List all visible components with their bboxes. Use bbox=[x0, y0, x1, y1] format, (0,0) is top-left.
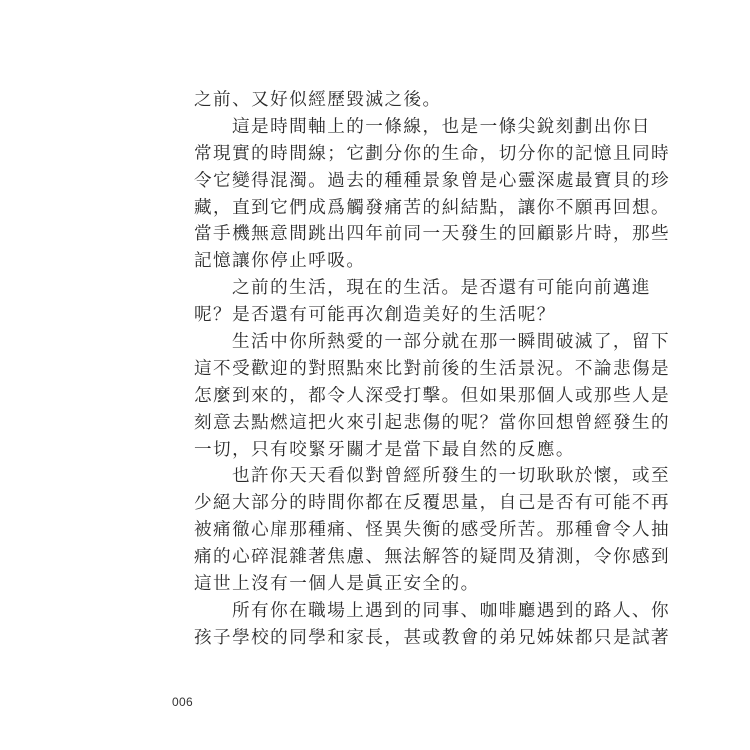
text-line: 生活中你所熱愛的一部分就在那一瞬間破滅了，留下 bbox=[194, 329, 558, 356]
text-line: 所有你在職場上遇到的同事、咖啡廳遇到的路人、你 bbox=[194, 598, 558, 625]
text-line: 怎麼到來的，都令人深受打擊。但如果那個人或那些人是 bbox=[194, 383, 558, 410]
text-line: 之前的生活，現在的生活。是否還有可能向前邁進 bbox=[194, 275, 558, 302]
text-line: 這世上沒有一個人是眞正安全的。 bbox=[194, 571, 558, 598]
text-line: 一切，只有咬緊牙關才是當下最自然的反應。 bbox=[194, 437, 558, 464]
text-line: 痛的心碎混雜著焦慮、無法解答的疑問及猜測，令你感到 bbox=[194, 544, 558, 571]
body-text: 之前、又好似經歷毀滅之後。 這是時間軸上的一條線，也是一條尖銳刻劃出你日 常現實… bbox=[194, 87, 558, 652]
text-line: 記憶讓你停止呼吸。 bbox=[194, 248, 558, 275]
text-line: 呢？是否還有可能再次創造美好的生活呢？ bbox=[194, 302, 558, 329]
text-line: 當手機無意間跳出四年前同一天發生的回顧影片時，那些 bbox=[194, 221, 558, 248]
text-line: 這不受歡迎的對照點來比對前後的生活景況。不論悲傷是 bbox=[194, 356, 558, 383]
text-line: 被痛徹心扉那種痛、怪異失衡的感受所苦。那種會令人抽 bbox=[194, 517, 558, 544]
book-page: 之前、又好似經歷毀滅之後。 這是時間軸上的一條線，也是一條尖銳刻劃出你日 常現實… bbox=[0, 0, 750, 750]
text-line: 之前、又好似經歷毀滅之後。 bbox=[194, 87, 558, 114]
text-line: 孩子學校的同學和家長，甚或教會的弟兄姊妹都只是試著 bbox=[194, 625, 558, 652]
text-line: 刻意去點燃這把火來引起悲傷的呢？當你回想曾經發生的 bbox=[194, 410, 558, 437]
page-number: 006 bbox=[172, 695, 193, 709]
text-line: 藏，直到它們成爲觸發痛苦的糾結點，讓你不願再回想。 bbox=[194, 195, 558, 222]
text-line: 少絕大部分的時間你都在反覆思量，自己是否有可能不再 bbox=[194, 490, 558, 517]
text-line: 也許你天天看似對曾經所發生的一切耿耿於懷，或至 bbox=[194, 463, 558, 490]
text-line: 常現實的時間線；它劃分你的生命，切分你的記憶且同時 bbox=[194, 141, 558, 168]
text-line: 這是時間軸上的一條線，也是一條尖銳刻劃出你日 bbox=[194, 114, 558, 141]
text-line: 令它變得混濁。過去的種種景象曾是心靈深處最寶貝的珍 bbox=[194, 168, 558, 195]
